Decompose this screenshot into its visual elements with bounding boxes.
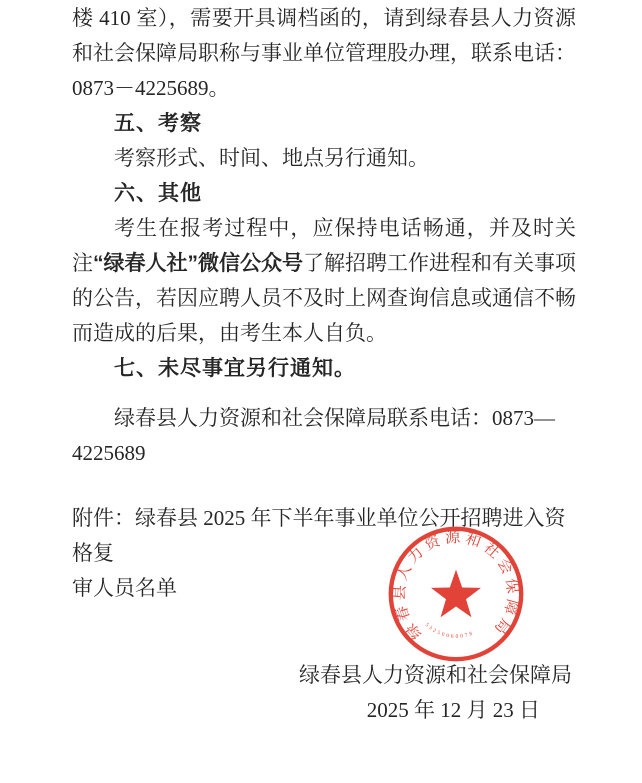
document-content: 楼 410 室），需要开具调档函的，请到绿春县人力资源和社会保障局职称与事业单位… xyxy=(0,0,642,728)
document-page: 楼 410 室），需要开具调档函的，请到绿春县人力资源和社会保障局职称与事业单位… xyxy=(0,0,642,783)
section5-heading: 五、考察 xyxy=(72,106,576,141)
attachment-line1: 附件：绿春县 2025 年下半年事业单位公开招聘进入资格复 xyxy=(72,501,576,571)
section6-body-bold-phrase: “绿春人社”微信公众号 xyxy=(93,252,303,275)
section6-heading: 六、其他 xyxy=(72,176,576,211)
section5-body: 考察形式、时间、地点另行通知。 xyxy=(72,141,576,176)
attachment-line2: 审人员名单 xyxy=(72,571,576,606)
section7-heading: 七、未尽事宜另行通知。 xyxy=(72,351,576,386)
signature-date: 2025 年 12 月 23 日 xyxy=(72,693,576,728)
signature-block: 绿春县人力资源和社会保障局 2025 年 12 月 23 日 xyxy=(72,658,576,728)
signature-org: 绿春县人力资源和社会保障局 xyxy=(72,658,576,693)
section6-body: 考生在报考过程中，应保持电话畅通，并及时关注“绿春人社”微信公众号了解招聘工作进… xyxy=(72,211,576,351)
contact-phone-line: 绿春县人力资源和社会保障局联系电话：0873—4225689 xyxy=(72,401,576,471)
paragraph-continuation: 楼 410 室），需要开具调档函的，请到绿春县人力资源和社会保障局职称与事业单位… xyxy=(72,1,576,106)
